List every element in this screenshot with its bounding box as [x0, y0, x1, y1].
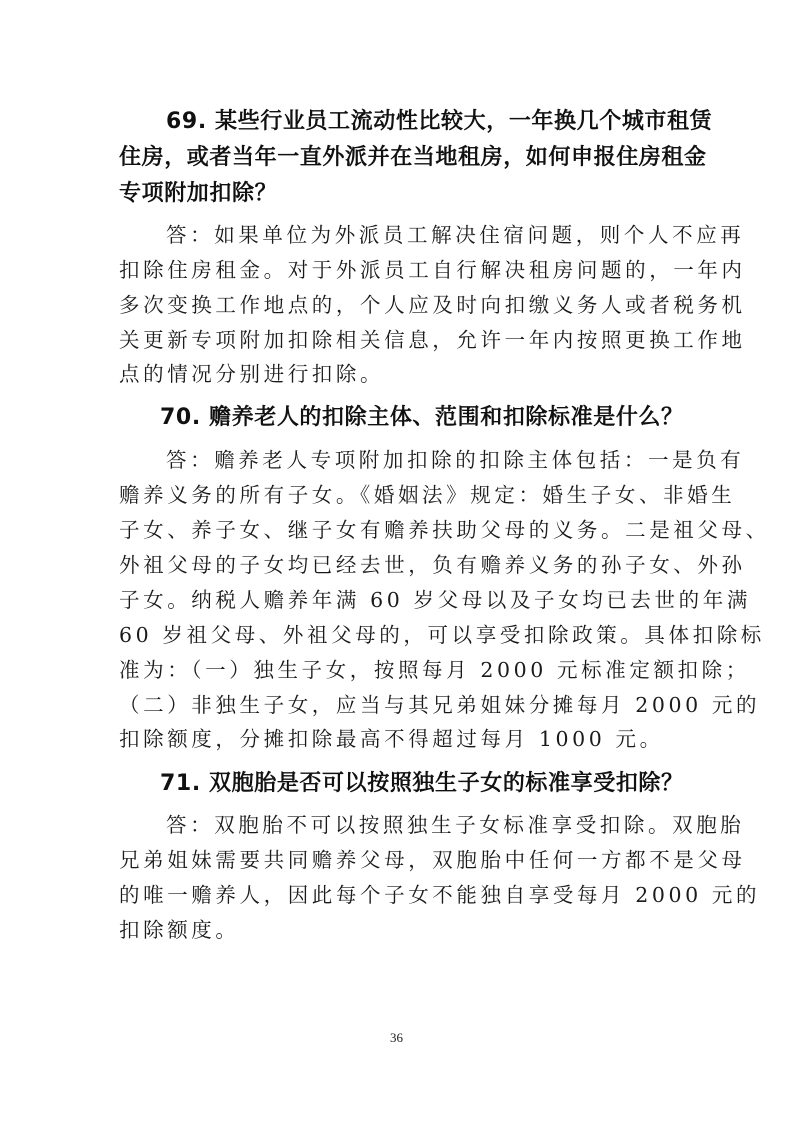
- question-71-line-1: 71. 双胞胎是否可以按照独生子女的标准享受扣除？: [160, 766, 720, 797]
- answer-69-line-1: 答：如果单位为外派员工解决住宿问题，则个人不应再: [166, 218, 726, 248]
- answer-70-line-9: 扣除额度，分摊扣除最高不得超过每月 1000 元。: [119, 722, 679, 752]
- answer-69-line-3: 多次变换工作地点的，个人应及时向扣缴义务人或者税务机: [119, 288, 679, 318]
- answer-70-line-1: 答：赡养老人专项附加扣除的扣除主体包括：一是负有: [166, 443, 726, 473]
- answer-70-line-6: 60 岁祖父母、外祖父母的，可以享受扣除政策。具体扣除标: [119, 618, 679, 648]
- page-number: 36: [0, 1030, 793, 1046]
- answer-70-line-7: 准为：（一）独生子女，按照每月 2000 元标准定额扣除；: [119, 653, 679, 683]
- answer-71-line-4: 扣除额度。: [119, 913, 679, 943]
- question-70-line-1: 70. 赡养老人的扣除主体、范围和扣除标准是什么？: [160, 400, 720, 431]
- question-69-line-3: 专项附加扣除？: [119, 176, 679, 207]
- answer-70-line-2: 赡养义务的所有子女。《婚姻法》规定：婚生子女、非婚生: [119, 478, 679, 508]
- answer-71-line-2: 兄弟姐妹需要共同赡养父母，双胞胎中任何一方都不是父母: [119, 843, 679, 873]
- answer-70-line-3: 子女、养子女、继子女有赡养扶助父母的义务。二是祖父母、: [119, 513, 679, 543]
- question-69-line-2: 住房，或者当年一直外派并在当地租房，如何申报住房租金: [119, 140, 679, 171]
- answer-70-line-5: 子女。纳税人赡养年满 60 岁父母以及子女均已去世的年满: [119, 583, 679, 613]
- question-69-line-1: 69. 某些行业员工流动性比较大，一年换几个城市租赁: [166, 104, 726, 135]
- answer-70-line-8: （二）非独生子女，应当与其兄弟姐妹分摊每月 2000 元的: [119, 688, 679, 718]
- answer-70-line-4: 外祖父母的子女均已经去世，负有赡养义务的孙子女、外孙: [119, 548, 679, 578]
- answer-69-line-4: 关更新专项附加扣除相关信息，允许一年内按照更换工作地: [119, 323, 679, 353]
- answer-71-line-3: 的唯一赡养人，因此每个子女不能独自享受每月 2000 元的: [119, 878, 679, 908]
- answer-71-line-1: 答：双胞胎不可以按照独生子女标准享受扣除。双胞胎: [166, 808, 726, 838]
- answer-69-line-2: 扣除住房租金。对于外派员工自行解决租房问题的，一年内: [119, 253, 679, 283]
- answer-69-line-5: 点的情况分别进行扣除。: [119, 357, 679, 387]
- document-page: 69. 某些行业员工流动性比较大，一年换几个城市租赁 住房，或者当年一直外派并在…: [0, 0, 793, 1122]
